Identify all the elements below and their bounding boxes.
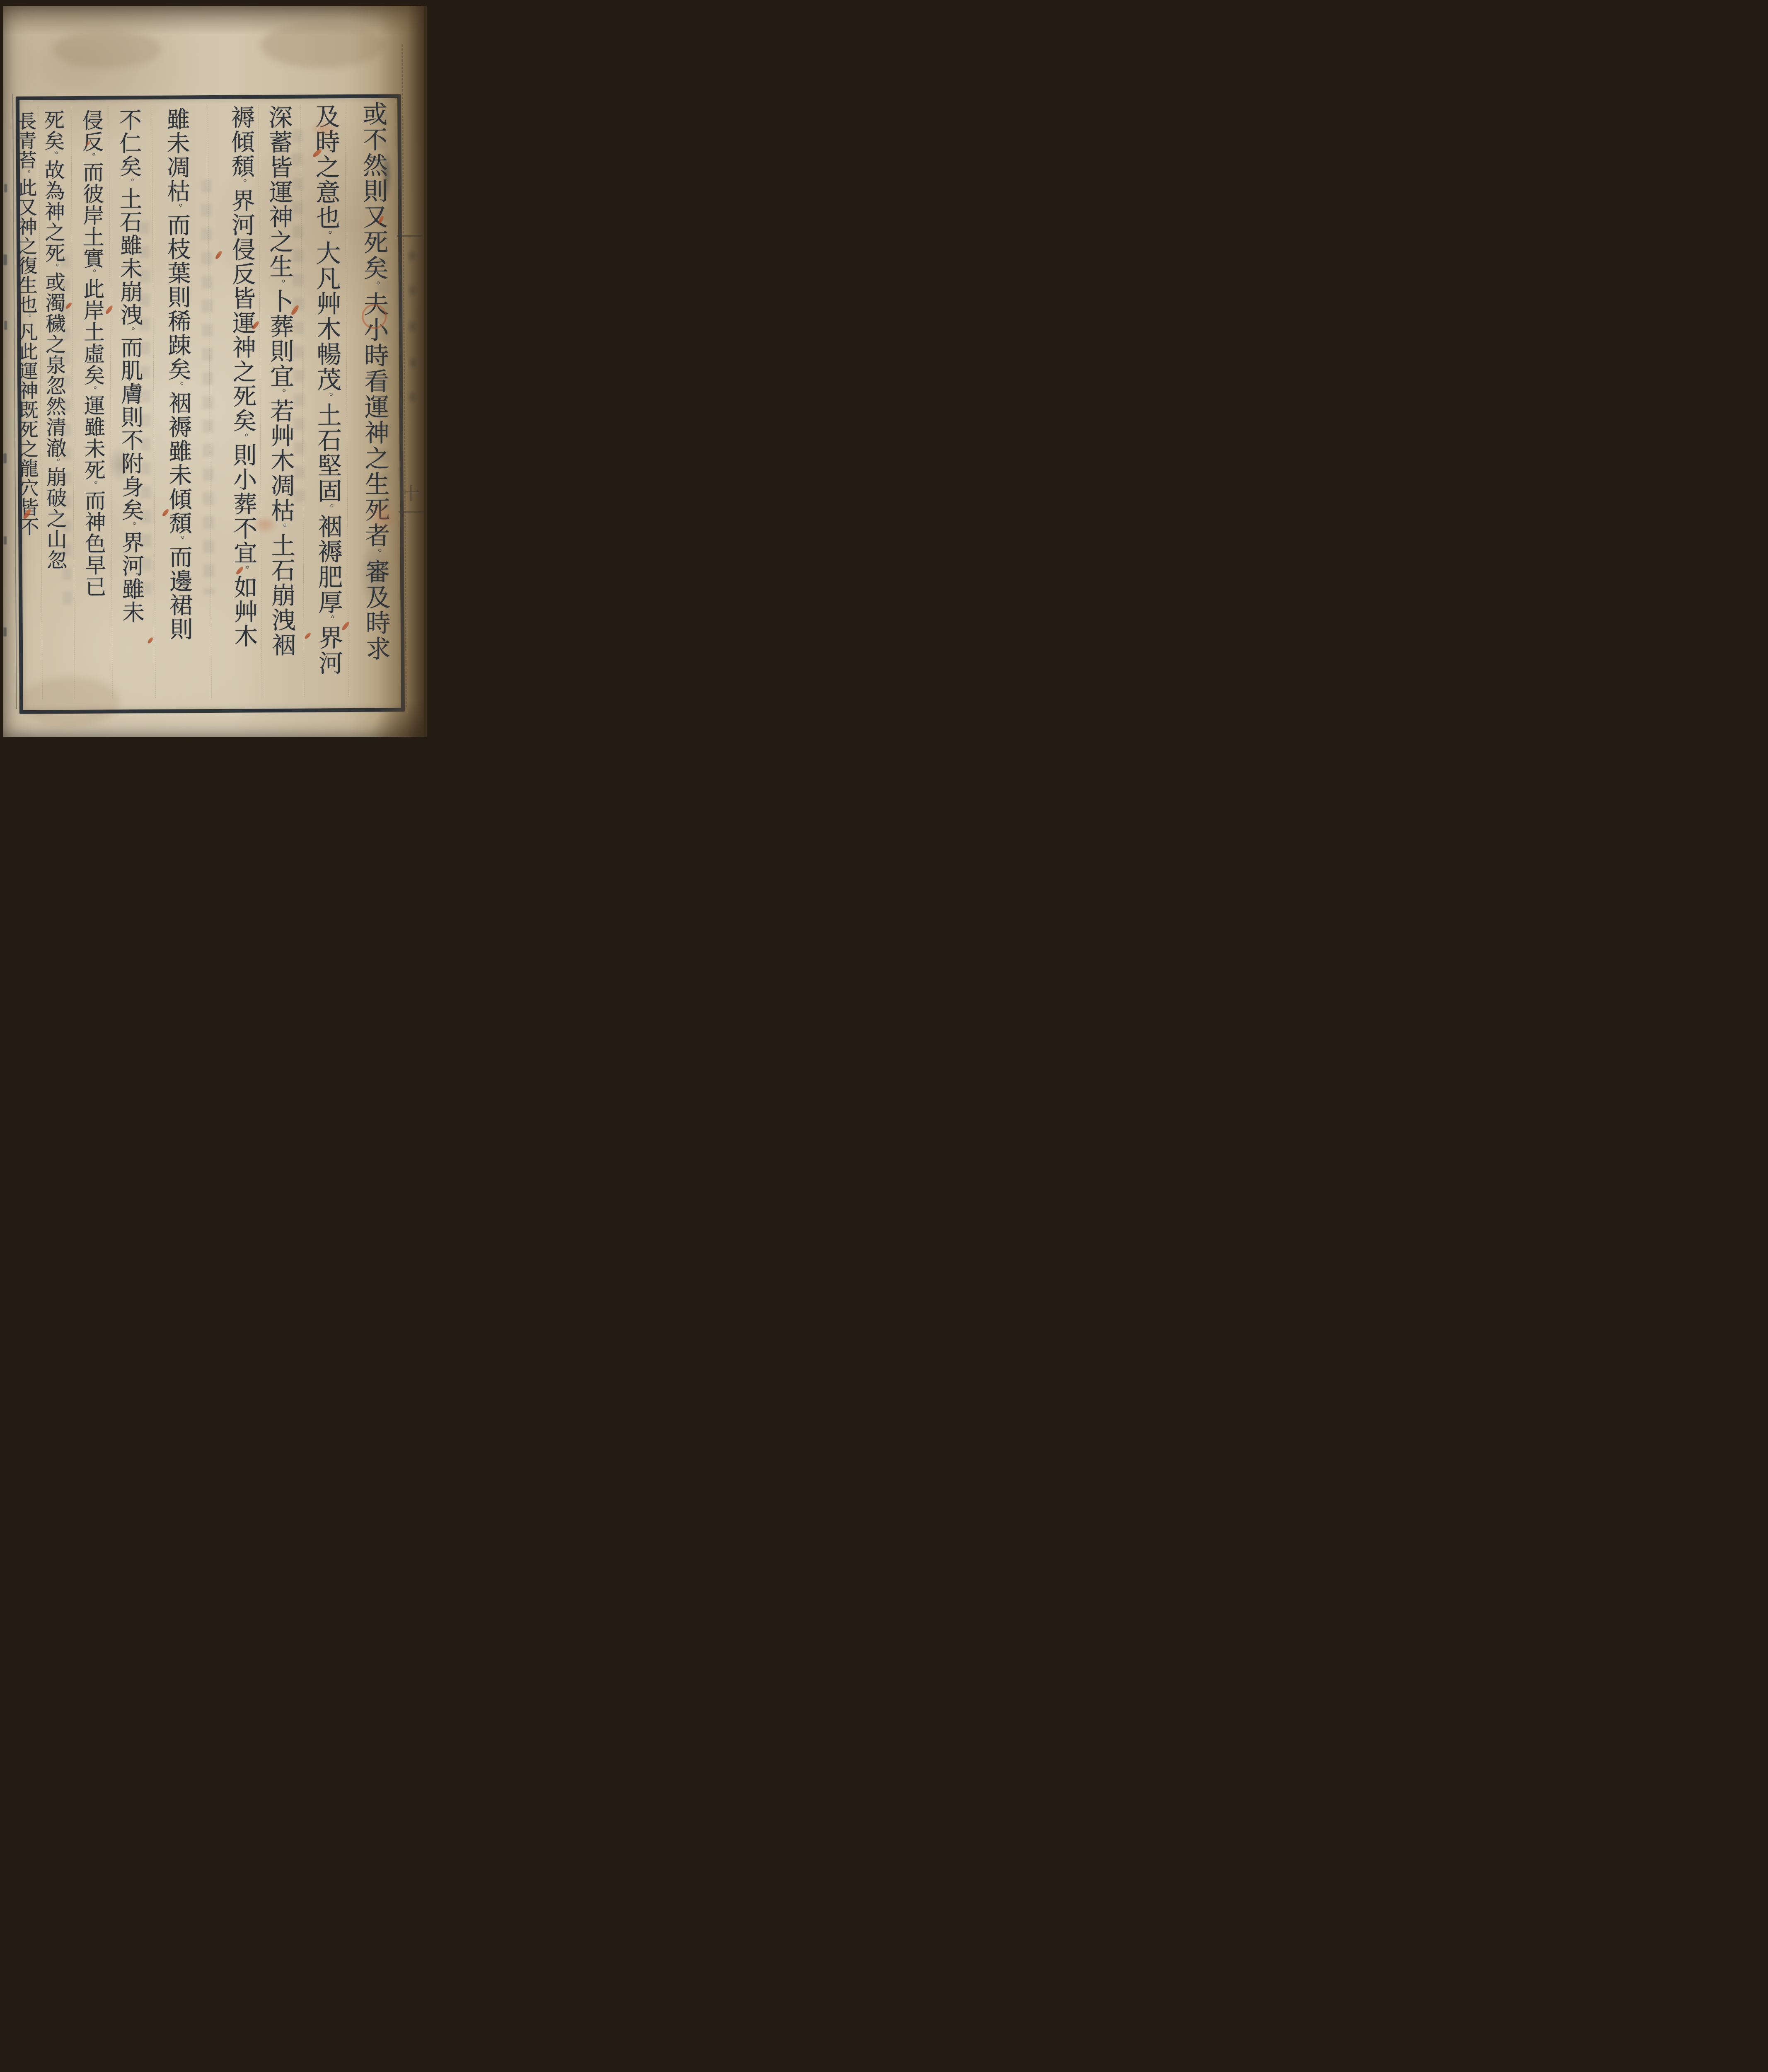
printed-content-group: 或不然則又死矣。夫小時看運神之生死者。審及時求 及時之意也。大凡艸木暢茂。土石堅… xyxy=(1,5,427,737)
ideographic-period: 。 xyxy=(172,203,182,213)
edge-fragment xyxy=(3,627,7,637)
edge-fragment xyxy=(4,321,7,330)
text-column-2: 及時之意也。大凡艸木暢茂。土石堅固。裀褥肥厚。界河 xyxy=(305,104,345,676)
ideographic-period: 。 xyxy=(22,170,30,178)
text-column-8: 死矣。故為神之死。或濁穢之泉忽然清澈。崩破之山忽 xyxy=(39,109,70,570)
text-column-9: 長青苔。此又神之復生也。凡此運神既死之龍穴皆不 xyxy=(13,111,41,537)
vermillion-smudge xyxy=(309,122,338,136)
ideographic-period: 。 xyxy=(274,388,285,399)
ideographic-period: 。 xyxy=(48,151,58,160)
ideographic-period: 。 xyxy=(172,381,183,391)
text-column-6: 不仁矣。土石雖未崩洩。而肌膚則不附身矣。界河雖未 xyxy=(111,108,147,624)
text-column-7: 侵反。而彼岸土實。此岸土虛矣。運雖未死。而神色早已 xyxy=(74,109,108,598)
corner-shadow xyxy=(333,670,424,737)
ideographic-period: 。 xyxy=(322,503,334,514)
ideographic-period: 。 xyxy=(126,522,136,531)
ink-smudge xyxy=(107,445,133,483)
edge-fragment xyxy=(3,453,7,463)
ideographic-period: 。 xyxy=(49,263,58,272)
ideographic-period: 。 xyxy=(86,269,96,278)
edge-fragment xyxy=(3,254,7,265)
ideographic-period: 。 xyxy=(274,279,285,289)
ideographic-period: 。 xyxy=(88,481,98,490)
ideographic-period: 。 xyxy=(322,392,333,402)
ideographic-period: 。 xyxy=(321,230,332,240)
scanned-book-photo: 或不然則又死矣。夫小時看運神之生死者。審及時求 及時之意也。大凡艸木暢茂。土石堅… xyxy=(0,0,442,737)
text-column-5: 雖未凋枯。而枝葉則稀踈矣。裀褥雖未傾頹。而邊裙則 xyxy=(158,107,195,641)
ideographic-period: 。 xyxy=(87,386,97,395)
edge-fragment xyxy=(4,536,7,545)
vermillion-smudge xyxy=(253,515,278,534)
ideographic-period: 。 xyxy=(173,535,184,545)
text-column-3: 深蓄皆運神之生。卜葬則宜。若艸木凋枯。土石崩洩裀 xyxy=(259,105,298,658)
edge-fragment xyxy=(4,184,7,192)
ideographic-period: 。 xyxy=(323,615,334,625)
paper-page: 或不然則又死矣。夫小時看運神之生死者。審及時求 及時之意也。大凡艸木暢茂。土石堅… xyxy=(3,6,424,737)
ideographic-period: 。 xyxy=(235,179,246,189)
ideographic-period: 。 xyxy=(125,327,135,336)
ideographic-period: 。 xyxy=(237,433,248,443)
ideographic-period: 。 xyxy=(86,152,96,162)
ideographic-period: 。 xyxy=(50,458,59,467)
binding-gutter-shadow xyxy=(377,6,427,737)
ideographic-period: 。 xyxy=(22,314,31,322)
ideographic-period: 。 xyxy=(124,178,134,187)
